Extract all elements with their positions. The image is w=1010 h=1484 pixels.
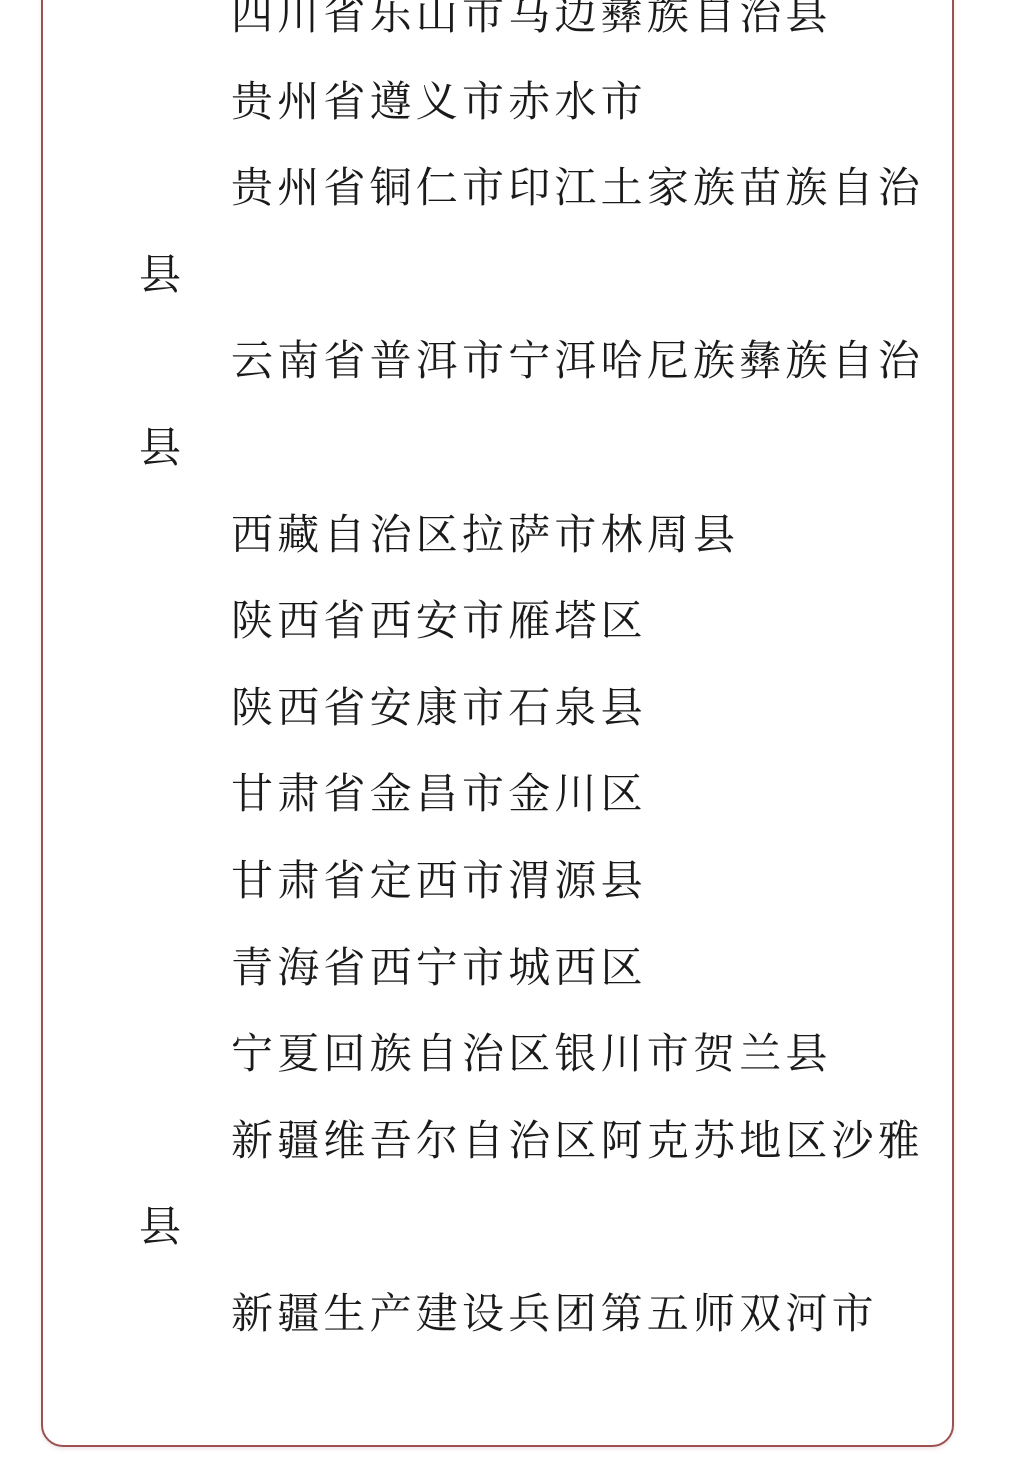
list-item: 贵州省遵义市赤水市 <box>139 59 951 146</box>
list-item: 宁夏回族自治区银川市贺兰县 <box>139 1011 951 1098</box>
list-item: 陕西省安康市石泉县 <box>139 665 951 752</box>
list-item: 甘肃省定西市渭源县 <box>139 838 951 925</box>
county-list: 四川省乐山市马边彝族自治县 贵州省遵义市赤水市 贵州省铜仁市印江土家族苗族自治县… <box>139 0 951 1358</box>
list-item: 贵州省铜仁市印江土家族苗族自治县 <box>139 145 951 318</box>
list-item: 青海省西宁市城西区 <box>139 925 951 1012</box>
list-item: 甘肃省金昌市金川区 <box>139 751 951 838</box>
list-item: 新疆维吾尔自治区阿克苏地区沙雅县 <box>139 1098 951 1271</box>
list-item: 四川省乐山市马边彝族自治县 <box>139 0 951 59</box>
list-item: 云南省普洱市宁洱哈尼族彝族自治县 <box>139 318 951 491</box>
list-item: 陕西省西安市雁塔区 <box>139 578 951 665</box>
content-card: 四川省乐山市马边彝族自治县 贵州省遵义市赤水市 贵州省铜仁市印江土家族苗族自治县… <box>41 0 954 1447</box>
list-item: 西藏自治区拉萨市林周县 <box>139 492 951 579</box>
list-item: 新疆生产建设兵团第五师双河市 <box>139 1271 951 1358</box>
